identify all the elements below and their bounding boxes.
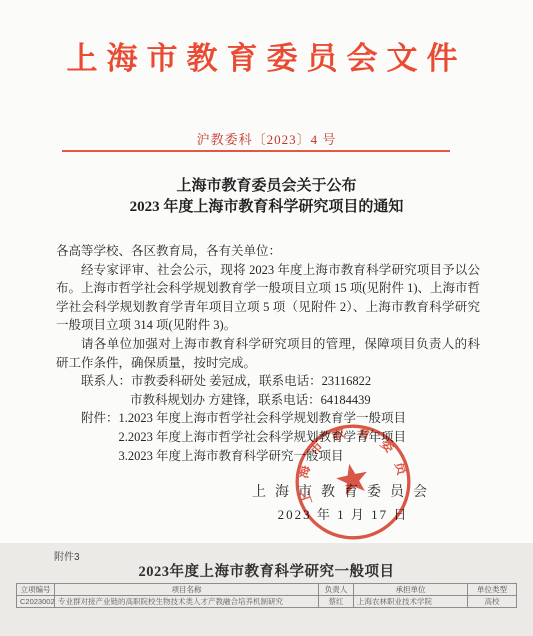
letterhead-divider-rule: [62, 150, 450, 152]
projects-table: 立项编号 项目名称 负责人 承担单位 单位类型 C2023002 专业群对接产业…: [16, 583, 517, 608]
col-header-institution: 承担单位: [354, 584, 468, 596]
attachment-item-1: 1.2023 年度上海市哲学社会科学规划教育学一般项目: [119, 409, 480, 428]
contact-line-2: 市教科规划办 方建锋，联系电话：64184439: [56, 391, 480, 410]
appendix-table-title: 2023年度上海市教育科学研究一般项目: [0, 560, 533, 581]
cell-project-id: C2023002: [17, 596, 55, 608]
letterhead-org-title: 上海市教育委员会文件: [0, 33, 533, 78]
col-header-project-id: 立项编号: [17, 584, 55, 596]
col-header-institution-type: 单位类型: [468, 584, 517, 596]
official-seal-stamp-icon: 上海市教育委员会: [281, 410, 426, 555]
notice-title-line1: 上海市教育委员会关于公布: [0, 176, 533, 197]
notice-body: 各高等学校、各区教育局，各有关单位： 经专家评审、社会公示，现将 2023 年度…: [56, 242, 480, 465]
col-header-project-name: 项目名称: [55, 584, 319, 596]
cell-leader: 蔡红: [319, 596, 354, 608]
table-header-row: 立项编号 项目名称 负责人 承担单位 单位类型: [17, 584, 517, 596]
document-number: 沪教委科〔2023〕4 号: [0, 129, 533, 148]
notice-title-line2: 2023 年度上海市教育科学研究项目的通知: [0, 197, 533, 218]
contact-line-1: 联系人：市教委科研处 姜冠成，联系电话：23116822: [56, 372, 480, 391]
body-paragraph-1: 经专家评审、社会公示，现将 2023 年度上海市教育科学研究项目予以公布。上海市…: [56, 261, 480, 335]
cell-institution: 上海农林职业技术学院: [354, 596, 468, 608]
table-row: C2023002 专业群对接产业链的高职院校生物技术类人才产教融合培养机制研究 …: [17, 596, 517, 608]
attachments-label: 附件：: [56, 409, 119, 465]
scanned-document-page: 上海市教育委员会文件 沪教委科〔2023〕4 号 上海市教育委员会关于公布 20…: [0, 0, 533, 636]
attachments-list: 附件： 1.2023 年度上海市哲学社会科学规划教育学一般项目 2.2023 年…: [56, 409, 480, 465]
col-header-leader: 负责人: [319, 584, 354, 596]
cell-institution-type: 高校: [468, 596, 517, 608]
cell-project-name: 专业群对接产业链的高职院校生物技术类人才产教融合培养机制研究: [55, 596, 319, 608]
body-paragraph-2: 请各单位加强对上海市教育科学研究项目的管理，保障项目负责人的科研工作条件，确保质…: [56, 335, 480, 372]
appendix-section: 附件3 2023年度上海市教育科学研究一般项目 立项编号 项目名称 负责人 承担…: [0, 543, 533, 636]
salutation: 各高等学校、各区教育局，各有关单位：: [56, 242, 480, 261]
notice-title: 上海市教育委员会关于公布 2023 年度上海市教育科学研究项目的通知: [0, 176, 533, 218]
seal-star-icon: [334, 461, 371, 497]
